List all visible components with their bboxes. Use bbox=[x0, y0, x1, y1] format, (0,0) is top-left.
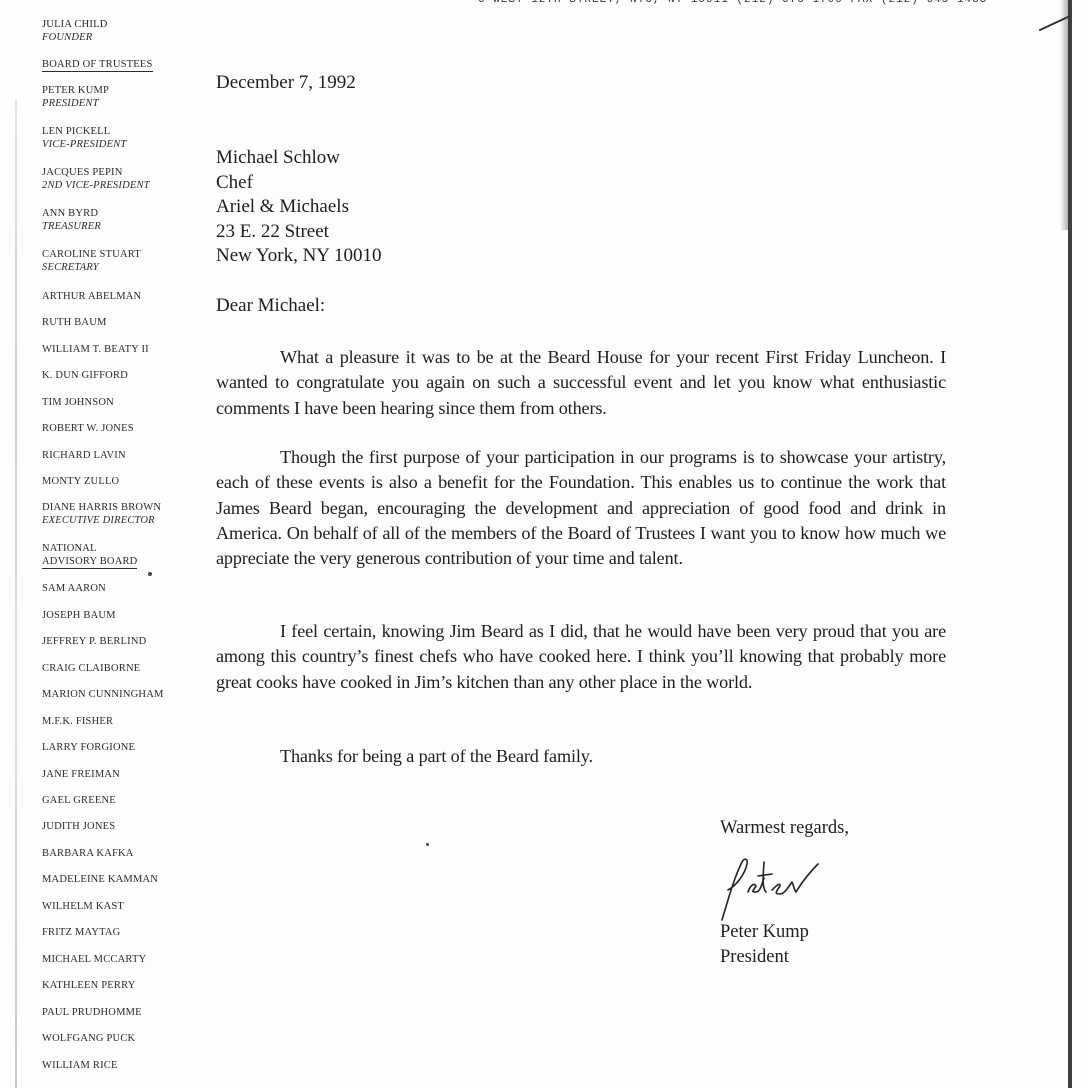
scan-speck bbox=[148, 572, 152, 576]
founder-entry: Julia Child Founder bbox=[42, 18, 108, 44]
trustee-entry: Monty Zullo bbox=[42, 475, 119, 488]
trustee-name: K. Dun Gifford bbox=[42, 369, 128, 382]
officer-role: Secretary bbox=[42, 261, 141, 274]
recipient-street: 23 E. 22 Street bbox=[216, 220, 382, 245]
trustee-name: Monty Zullo bbox=[42, 475, 119, 488]
trustee-name: Tim Johnson bbox=[42, 396, 114, 409]
trustee-entry: Tim Johnson bbox=[42, 396, 114, 409]
body-paragraph: What a pleasure it was to be at the Bear… bbox=[216, 345, 946, 421]
advisor-name: Gael Greene bbox=[42, 794, 116, 807]
advisory-board-heading: Advisory Board bbox=[42, 555, 137, 569]
advisor-name: Wilhelm Kast bbox=[42, 900, 124, 913]
advisor-name: Craig Claiborne bbox=[42, 662, 140, 675]
executive-entry: Diane Harris Brown Executive Director bbox=[42, 501, 161, 527]
advisor-name: Larry Forgione bbox=[42, 741, 135, 754]
board-of-trustees-heading: Board of Trustees bbox=[42, 58, 153, 72]
advisor-entry: Judith Jones bbox=[42, 820, 115, 833]
advisor-name: Paul Prudhomme bbox=[42, 1006, 142, 1019]
officer-name: Peter Kump bbox=[42, 84, 109, 97]
advisor-name: Judith Jones bbox=[42, 820, 115, 833]
closing: Warmest regards, bbox=[720, 818, 849, 839]
handwritten-signature bbox=[714, 852, 834, 924]
advisor-entry: Jane Freiman bbox=[42, 768, 120, 781]
advisor-entry: Kathleen Perry bbox=[42, 979, 136, 992]
body-paragraph: I feel certain, knowing Jim Beard as I d… bbox=[216, 619, 946, 695]
advisor-name: William Rice bbox=[42, 1059, 118, 1072]
advisor-entry: Joseph Baum bbox=[42, 609, 116, 622]
advisor-name: Jane Freiman bbox=[42, 768, 120, 781]
trustee-entry: Ruth Baum bbox=[42, 316, 107, 329]
advisor-entry: Larry Forgione bbox=[42, 741, 135, 754]
officer-name: Len Pickell bbox=[42, 125, 126, 138]
advisor-entry: Wolfgang Puck bbox=[42, 1032, 135, 1045]
advisor-entry: Madeleine Kamman bbox=[42, 873, 158, 886]
letterhead-address: 6 WEST 12TH STREET, NYC, NY 10011 (212) … bbox=[478, 0, 1058, 6]
advisor-entry: Craig Claiborne bbox=[42, 662, 140, 675]
advisor-name: Barbara Kafka bbox=[42, 847, 134, 860]
trustee-name: Ruth Baum bbox=[42, 316, 107, 329]
body-paragraph: Thanks for being a part of the Beard fam… bbox=[216, 744, 946, 769]
advisor-name: Sam Aaron bbox=[42, 582, 106, 595]
advisory-heading-line1: National bbox=[42, 542, 137, 555]
advisor-entry: Sam Aaron bbox=[42, 582, 106, 595]
advisor-name: Fritz Maytag bbox=[42, 926, 120, 939]
executive-role: Executive Director bbox=[42, 514, 161, 527]
salutation: Dear Michael: bbox=[216, 295, 325, 317]
advisor-entry: Marion Cunningham bbox=[42, 688, 164, 701]
trustee-entry: Richard Lavin bbox=[42, 449, 126, 462]
trustee-entry: Robert W. Jones bbox=[42, 422, 134, 435]
recipient-address: Michael Schlow Chef Ariel & Michaels 23 … bbox=[216, 146, 382, 269]
advisor-name: Joseph Baum bbox=[42, 609, 116, 622]
signer-name: Peter Kump bbox=[720, 922, 809, 943]
recipient-name: Michael Schlow bbox=[216, 146, 382, 171]
advisor-entry: Michael McCarty bbox=[42, 953, 146, 966]
advisor-entry: M.F.K. Fisher bbox=[42, 715, 113, 728]
officer-name: Caroline Stuart bbox=[42, 248, 141, 261]
officer-role: Vice-President bbox=[42, 138, 126, 151]
advisor-name: Jeffrey P. Berlind bbox=[42, 635, 146, 648]
advisor-entry: Barbara Kafka bbox=[42, 847, 134, 860]
officer-name: Ann Byrd bbox=[42, 207, 101, 220]
scan-speck bbox=[426, 843, 429, 846]
advisor-entry: Jeffrey P. Berlind bbox=[42, 635, 146, 648]
founder-role: Founder bbox=[42, 31, 108, 44]
trustee-name: Richard Lavin bbox=[42, 449, 126, 462]
officer-entry: Caroline Stuart Secretary bbox=[42, 248, 141, 274]
officer-entry: Len Pickell Vice-President bbox=[42, 125, 126, 151]
trustee-entry: K. Dun Gifford bbox=[42, 369, 128, 382]
advisor-entry: Paul Prudhomme bbox=[42, 1006, 142, 1019]
advisor-entry: Wilhelm Kast bbox=[42, 900, 124, 913]
board-heading-entry: Board of Trustees bbox=[42, 58, 153, 72]
trustee-name: Arthur Abelman bbox=[42, 290, 141, 303]
advisor-name: Michael McCarty bbox=[42, 953, 146, 966]
advisory-heading-entry: National Advisory Board bbox=[42, 542, 137, 569]
trustee-entry: Arthur Abelman bbox=[42, 290, 141, 303]
officer-entry: Peter Kump President bbox=[42, 84, 109, 110]
recipient-company: Ariel & Michaels bbox=[216, 195, 382, 220]
officer-entry: Jacques Pepin 2nd Vice-President bbox=[42, 166, 150, 192]
trustee-name: William T. Beaty II bbox=[42, 343, 149, 356]
officer-role: President bbox=[42, 97, 109, 110]
trustee-entry: William T. Beaty II bbox=[42, 343, 149, 356]
officer-role: 2nd Vice-President bbox=[42, 179, 150, 192]
advisor-name: Madeleine Kamman bbox=[42, 873, 158, 886]
executive-name: Diane Harris Brown bbox=[42, 501, 161, 514]
advisor-name: Kathleen Perry bbox=[42, 979, 136, 992]
officer-entry: Ann Byrd Treasurer bbox=[42, 207, 101, 233]
officer-name: Jacques Pepin bbox=[42, 166, 150, 179]
advisor-entry: William Rice bbox=[42, 1059, 118, 1072]
scan-shadow-right bbox=[1060, 0, 1068, 230]
trustee-name: Robert W. Jones bbox=[42, 422, 134, 435]
scan-edge-left bbox=[15, 100, 17, 1088]
advisor-name: Marion Cunningham bbox=[42, 688, 164, 701]
signer-title: President bbox=[720, 947, 789, 968]
advisor-entry: Fritz Maytag bbox=[42, 926, 120, 939]
body-paragraph: Though the first purpose of your partici… bbox=[216, 445, 946, 571]
advisor-entry: Gael Greene bbox=[42, 794, 116, 807]
letter-date: December 7, 1992 bbox=[216, 72, 356, 94]
advisor-name: M.F.K. Fisher bbox=[42, 715, 113, 728]
scanned-letter-page: 6 WEST 12TH STREET, NYC, NY 10011 (212) … bbox=[0, 0, 1088, 1088]
scan-edge-right bbox=[1068, 0, 1072, 1088]
officer-role: Treasurer bbox=[42, 220, 101, 233]
recipient-city: New York, NY 10010 bbox=[216, 244, 382, 269]
founder-name: Julia Child bbox=[42, 18, 108, 31]
recipient-title: Chef bbox=[216, 171, 382, 196]
advisor-name: Wolfgang Puck bbox=[42, 1032, 135, 1045]
